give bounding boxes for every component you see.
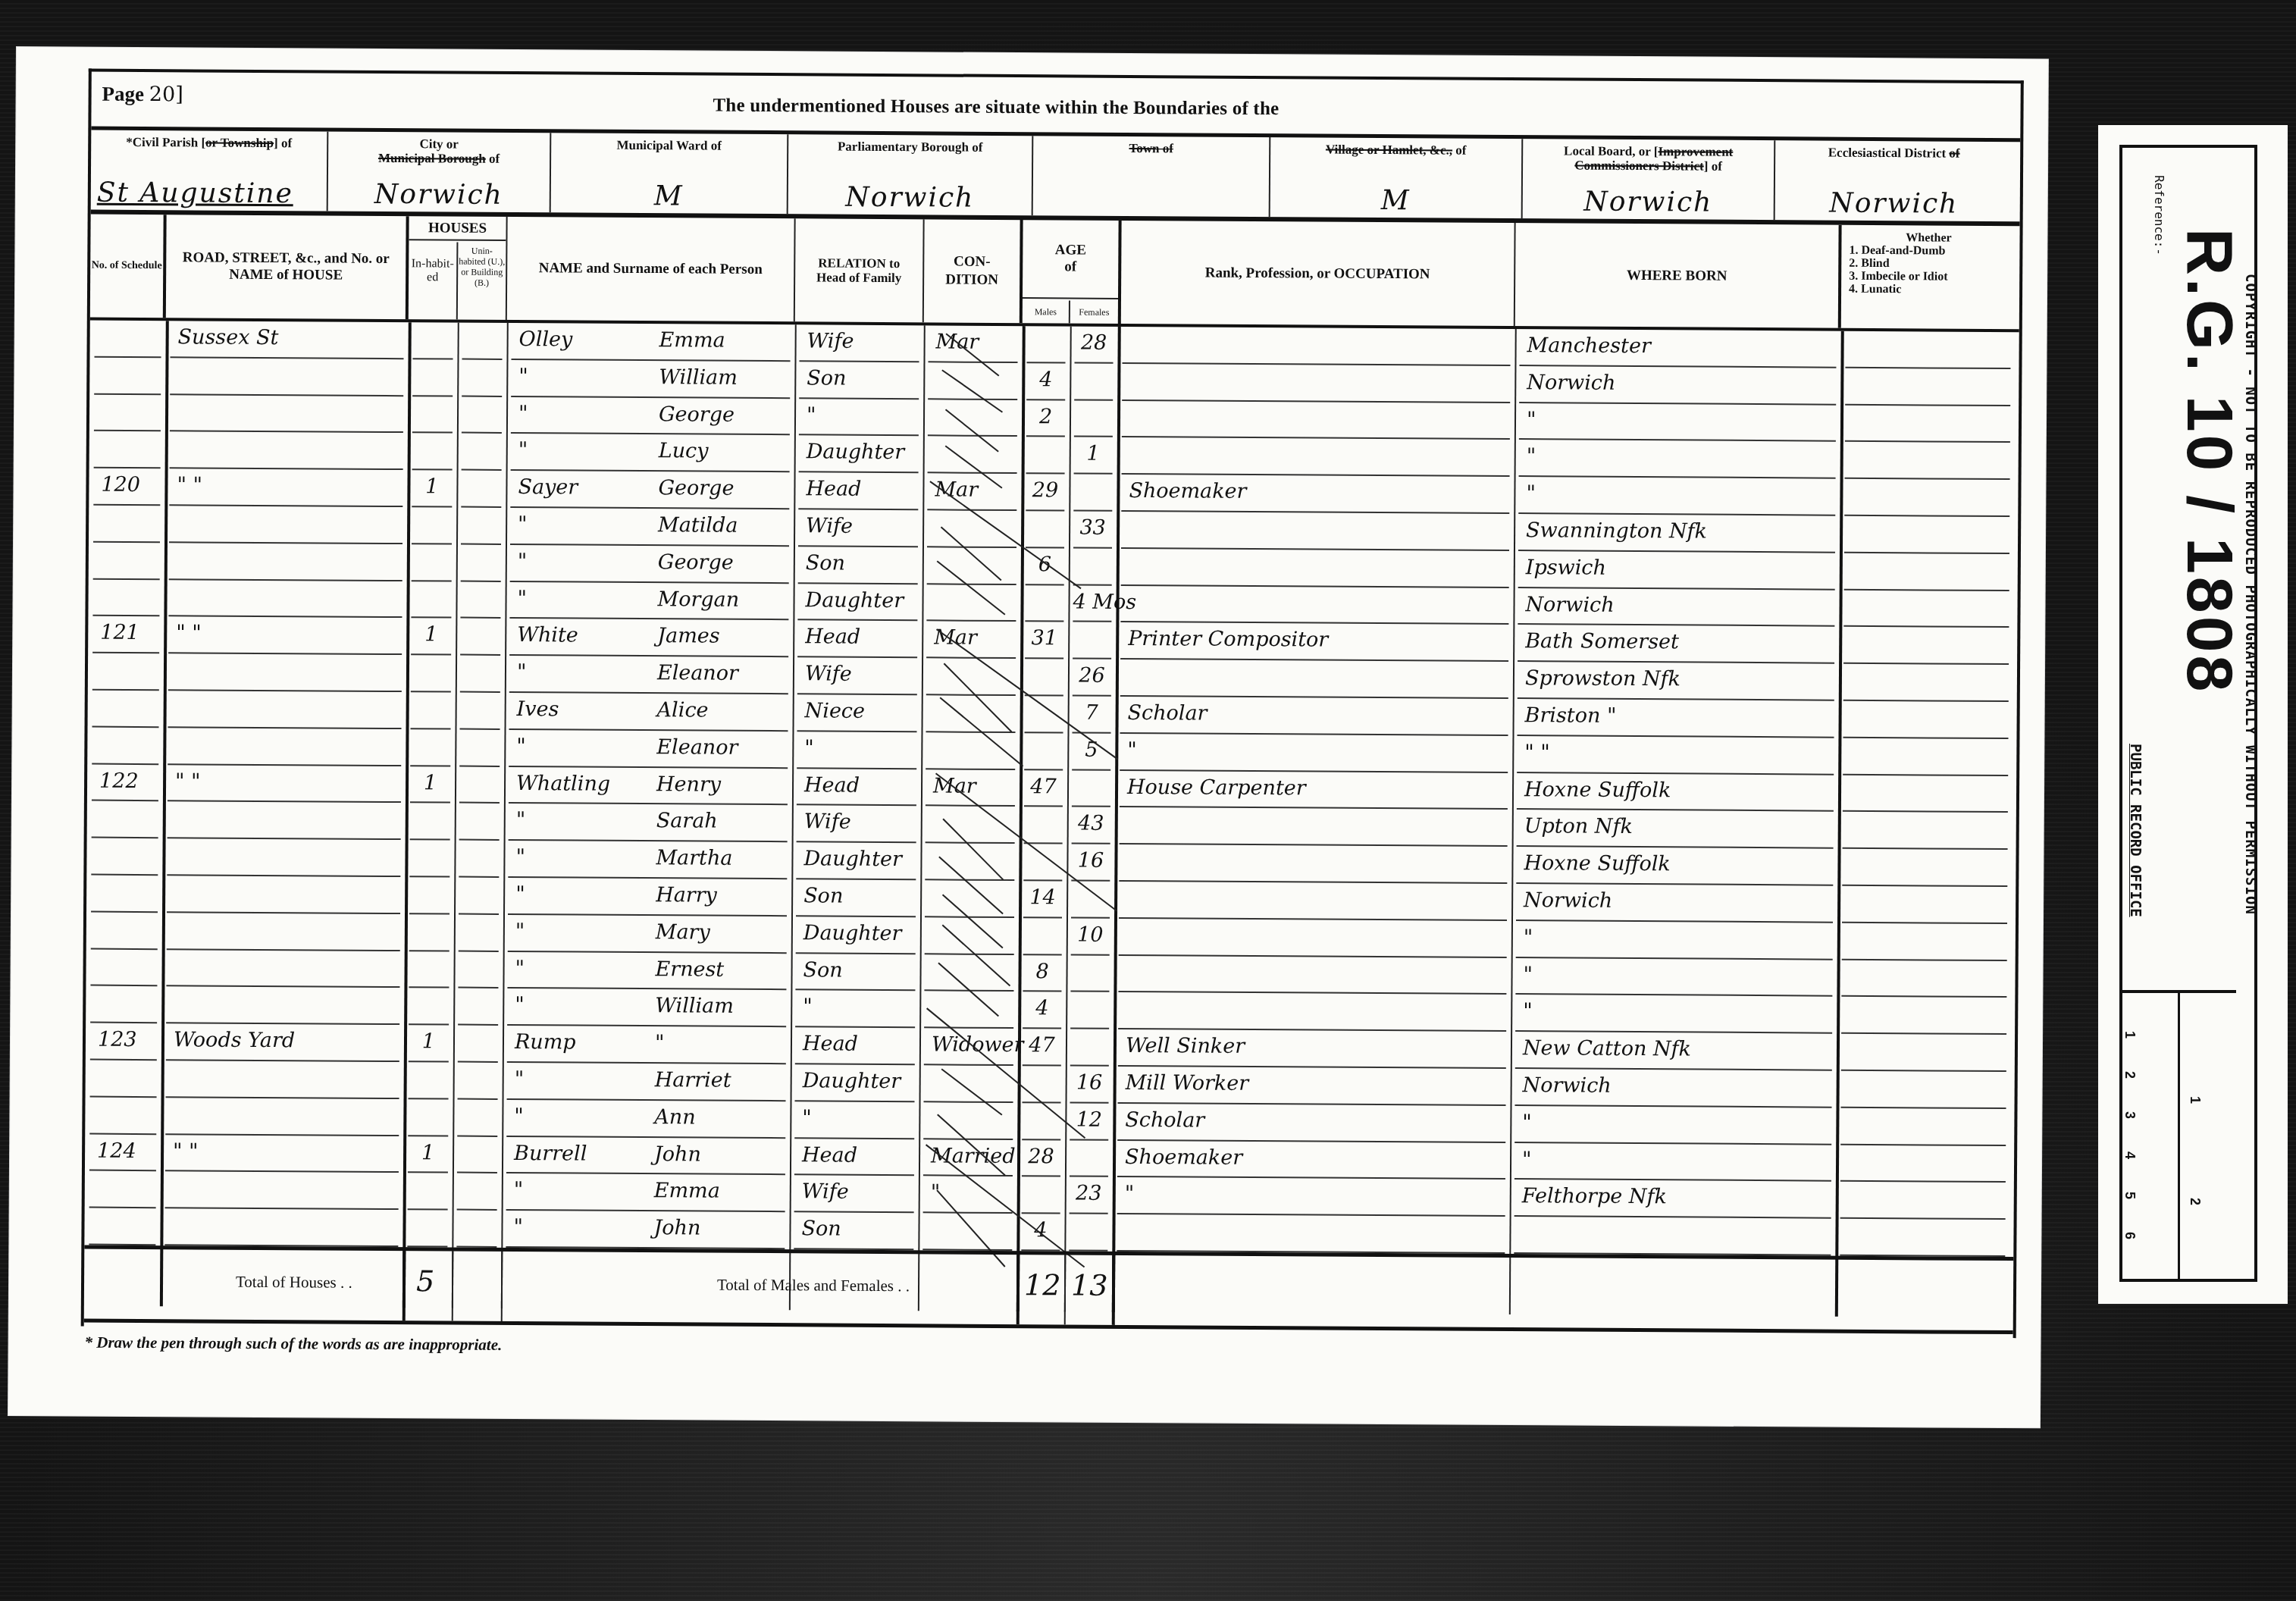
header-infirmity: Whether 1. Deaf-and-Dumb 2. Blind 3. Imb…	[1841, 225, 2016, 329]
birthplace: Norwich	[1518, 588, 1834, 627]
infirmity	[1840, 1108, 2006, 1146]
header-houses-group: HOUSES In-habit-ed Unin-habited (U.), or…	[409, 216, 508, 320]
female-age: 10	[1071, 918, 1110, 955]
infirmity	[1844, 553, 2009, 591]
male-age: 29	[1026, 474, 1064, 511]
uninhabited-count	[458, 951, 498, 988]
road-address	[168, 802, 401, 841]
schedule-number	[91, 876, 158, 913]
ruler-inches	[2178, 993, 2236, 1282]
ruler-cm-label: 4	[2122, 1151, 2138, 1159]
schedule-number: 123	[90, 1023, 157, 1061]
occupation	[1117, 1214, 1505, 1254]
surname: "	[510, 508, 641, 546]
uninhabited-count	[456, 1211, 496, 1248]
female-age: 26	[1073, 660, 1111, 697]
infirmity-option-4: 4. Lunatic	[1849, 283, 2008, 296]
occupation	[1119, 919, 1507, 958]
occupation	[1118, 992, 1506, 1032]
road-address	[170, 358, 403, 396]
relation-to-head: Head	[794, 1139, 914, 1176]
infirmity	[1840, 1145, 2006, 1183]
road-address	[166, 950, 399, 988]
birthplace: Swannington Nfk	[1518, 514, 1835, 553]
reference-tag: Reference:-	[2152, 175, 2166, 255]
road-address	[168, 580, 402, 619]
road-address: " "	[169, 468, 403, 507]
uninhabited-count	[457, 1173, 497, 1211]
relation-to-head: Son	[796, 879, 916, 917]
schedule-number	[95, 321, 161, 358]
infirmity	[1845, 405, 2010, 443]
birthplace: Sprowston Nfk	[1518, 662, 1834, 700]
inhabited-count	[410, 804, 450, 841]
surname: "	[506, 1100, 637, 1138]
occupation	[1122, 364, 1510, 403]
occupation: Scholar	[1117, 1104, 1505, 1143]
female-age	[1069, 1214, 1107, 1252]
surname: "	[510, 545, 641, 583]
birthplace: Ipswich	[1518, 551, 1835, 590]
occupation	[1121, 512, 1509, 551]
infirmity	[1845, 368, 2010, 406]
schedule-number: 122	[92, 764, 158, 801]
relation-to-head: Daughter	[796, 916, 916, 954]
boundary-value: Norwich	[1529, 186, 1768, 218]
boundary-field: Parliamentary Borough ofNorwich	[788, 134, 1034, 215]
boundary-label: Local Board, or [ImprovementCommissioner…	[1523, 143, 1774, 174]
road-address	[169, 506, 403, 544]
marital-condition	[926, 584, 1016, 622]
boundary-field: Local Board, or [ImprovementCommissioner…	[1523, 139, 1776, 220]
occupation: Scholar	[1120, 697, 1508, 736]
marital-condition	[925, 844, 1014, 882]
inhabited-count	[412, 507, 452, 544]
occupation	[1119, 882, 1507, 921]
infirmity	[1841, 1034, 2006, 1072]
surname: Sayer	[510, 471, 641, 509]
road-address	[167, 876, 400, 914]
forename: Harry	[648, 879, 787, 916]
occupation	[1119, 844, 1507, 884]
occupation: Shoemaker	[1117, 1140, 1505, 1180]
uninhabited-count	[460, 581, 500, 619]
infirmity	[1840, 1219, 2005, 1257]
male-age	[1025, 585, 1063, 622]
relation-to-head: Head	[797, 769, 916, 807]
occupation	[1122, 327, 1510, 366]
forename: Sarah	[649, 805, 788, 843]
inhabited-count	[409, 840, 449, 877]
forename: George	[650, 546, 789, 584]
header-inhabited: In-habit-ed	[409, 242, 459, 319]
boundaries-heading: The undermentioned Houses are situate wi…	[713, 96, 1279, 121]
boundary-label: Parliamentary Borough of	[788, 139, 1032, 155]
boundary-label: Municipal Ward of	[551, 137, 787, 153]
inhabited-count	[408, 1173, 448, 1211]
forename: Eleanor	[650, 656, 788, 694]
marital-condition	[928, 437, 1017, 475]
surname: "	[511, 397, 642, 435]
road-address	[170, 395, 403, 434]
birthplace: Manchester	[1519, 329, 1836, 368]
relation-to-head: Daughter	[797, 584, 917, 622]
census-page: Page 20] The undermentioned Houses are s…	[8, 47, 2048, 1427]
reference-label: COPYRIGHT - NOT TO BE REPRODUCED PHOTOGR…	[2119, 145, 2257, 1282]
inhabited-count	[411, 692, 451, 729]
infirmity	[1842, 849, 2007, 887]
relation-to-head: Wife	[799, 324, 919, 362]
surname: Rump	[507, 1026, 638, 1064]
schedule-number	[93, 506, 160, 543]
male-age: 8	[1023, 955, 1061, 992]
header-relation: RELATION to Head of Family	[795, 218, 925, 322]
relation-to-head: Son	[799, 362, 919, 399]
inhabited-count: 1	[409, 1025, 449, 1062]
birthplace: Briston "	[1517, 699, 1834, 738]
road-address: " "	[168, 765, 401, 804]
infirmity	[1840, 1071, 2006, 1109]
boundary-value: Norwich	[794, 182, 1026, 214]
male-age: 47	[1024, 770, 1063, 807]
relation-to-head: Daughter	[796, 842, 916, 880]
road-address	[167, 838, 400, 877]
schedule-number	[92, 727, 158, 764]
male-age	[1025, 659, 1063, 696]
occupation: Shoemaker	[1121, 475, 1509, 514]
forename: Emma	[647, 1174, 785, 1212]
female-age	[1074, 363, 1113, 400]
occupation: "	[1120, 734, 1508, 773]
surname: "	[508, 878, 639, 916]
male-age	[1023, 1066, 1061, 1103]
surname: Burrell	[506, 1137, 637, 1175]
male-age: 47	[1023, 1029, 1061, 1066]
surname: "	[507, 988, 638, 1026]
female-age: 33	[1073, 512, 1112, 549]
boundary-value	[1039, 214, 1263, 215]
birthplace: New Catton Nfk	[1515, 1032, 1832, 1070]
ruler-inch-label: 2	[2187, 1198, 2203, 1205]
forename: Matilda	[650, 509, 789, 547]
surname: "	[508, 915, 639, 953]
infirmity	[1841, 997, 2006, 1035]
occupation: House Carpenter	[1120, 771, 1508, 810]
infirmity	[1843, 664, 2009, 702]
surname: "	[509, 730, 640, 768]
marital-condition	[924, 1065, 1013, 1103]
surname: "	[506, 1173, 637, 1211]
surname: "	[508, 841, 639, 879]
birthplace: " "	[1517, 736, 1834, 775]
uninhabited-count	[459, 878, 499, 915]
document-reference-code: R.G. 10 / 1808	[2175, 228, 2244, 694]
schedule-number	[89, 1171, 156, 1208]
infirmity	[1845, 442, 2010, 480]
forename: Henry	[649, 768, 788, 806]
schedule-number	[92, 691, 159, 728]
uninhabited-count	[460, 619, 500, 656]
header-age-group: AGE of Males Females	[1023, 220, 1122, 324]
birthplace: "	[1515, 958, 1832, 997]
inhabited-count	[412, 322, 453, 359]
male-age	[1024, 807, 1063, 844]
birthplace: "	[1515, 995, 1832, 1033]
divider	[403, 1251, 406, 1321]
surname: "	[507, 952, 638, 990]
inhabited-count: 1	[411, 619, 451, 656]
header-uninhabited: Unin-habited (U.), or Building (B.)	[458, 243, 506, 320]
relation-to-head: Daughter	[799, 436, 919, 474]
boundary-label: Town of	[1033, 140, 1269, 156]
boundaries-row: *Civil Parish [or Township] ofSt Augusti…	[91, 130, 2021, 227]
road-address: " "	[165, 1135, 399, 1173]
forename: Emma	[651, 324, 790, 362]
schedule-number	[94, 431, 161, 468]
infirmity	[1843, 590, 2009, 628]
public-record-office-label: PUBLIC RECORD OFFICE	[2127, 744, 2144, 917]
surname: "	[509, 582, 641, 620]
infirmity	[1843, 775, 2008, 813]
male-age	[1023, 844, 1062, 881]
surname: Ives	[509, 693, 641, 731]
uninhabited-count	[458, 988, 498, 1026]
occupation	[1122, 401, 1510, 440]
female-age	[1073, 548, 1112, 585]
male-age	[1022, 1103, 1060, 1140]
header-houses: HOUSES	[409, 216, 506, 241]
relation-to-head: Son	[798, 547, 918, 584]
uninhabited-count	[461, 544, 501, 581]
birthplace	[1514, 1217, 1831, 1255]
inhabited-count	[411, 581, 451, 619]
page-label: Page	[102, 83, 145, 105]
male-age	[1026, 511, 1064, 548]
female-age	[1070, 955, 1109, 992]
uninhabited-count	[460, 656, 500, 693]
divider	[1112, 1255, 1116, 1325]
female-age: 43	[1072, 807, 1110, 844]
marital-condition	[926, 807, 1015, 844]
uninhabited-count	[458, 1063, 498, 1100]
occupation	[1120, 586, 1508, 625]
birthplace: "	[1518, 477, 1835, 515]
male-age	[1024, 733, 1063, 770]
uninhabited-count	[462, 359, 502, 396]
inhabited-count	[407, 1210, 447, 1247]
marital-condition	[926, 732, 1015, 770]
schedule-number: 120	[93, 468, 160, 506]
female-age	[1070, 992, 1109, 1029]
surname: White	[509, 619, 641, 656]
forename: James	[650, 620, 788, 658]
female-age: 16	[1070, 1067, 1109, 1104]
occupation	[1120, 807, 1508, 847]
total-females-value: 13	[1071, 1269, 1108, 1302]
forename: George	[650, 472, 789, 509]
uninhabited-count	[459, 914, 499, 951]
total-houses-value: 5	[416, 1264, 434, 1298]
schedule-number: 124	[89, 1134, 156, 1171]
page-number: Page 20]	[102, 83, 183, 107]
page-number-value: 20]	[149, 83, 183, 106]
relation-to-head: Head	[795, 1027, 915, 1065]
measurement-ruler: 1 2 1 2 3 4 5 6	[2119, 990, 2236, 1282]
header-males: Males	[1023, 300, 1070, 323]
birthplace: Norwich	[1516, 884, 1833, 923]
inhabited-count: 1	[410, 766, 450, 804]
relation-to-head: "	[799, 399, 919, 437]
road-address: Woods Yard	[166, 1023, 399, 1062]
relation-to-head: Son	[795, 954, 915, 992]
header-road: ROAD, STREET, &c., and No. or NAME of HO…	[166, 215, 409, 319]
surname: "	[511, 434, 642, 472]
header-females: Females	[1070, 300, 1118, 323]
infirmity	[1843, 738, 2008, 776]
infirmity-option-2: 2. Blind	[1849, 257, 2008, 271]
schedule-number	[90, 1061, 157, 1098]
road-address	[165, 1098, 399, 1136]
boundary-value: St Augustine	[97, 178, 321, 210]
column-headers: No. of Schedule ROAD, STREET, &c., and N…	[90, 215, 2020, 333]
inhabited-count	[409, 1062, 449, 1099]
forename: George	[651, 398, 790, 436]
marital-condition: Mar	[927, 474, 1016, 512]
uninhabited-count	[462, 323, 502, 360]
marital-condition	[926, 695, 1015, 733]
road-address	[166, 987, 399, 1026]
schedule-number	[92, 801, 158, 838]
male-age	[1026, 437, 1065, 475]
relation-to-head: Daughter	[795, 1064, 915, 1102]
boundary-label: City orMunicipal Borough of	[328, 136, 550, 167]
inhabited-count	[412, 434, 453, 471]
infirmity	[1845, 331, 2010, 369]
road-address	[170, 432, 403, 471]
male-age	[1022, 1177, 1060, 1214]
female-age	[1073, 622, 1111, 660]
birthplace: Norwich	[1515, 1069, 1832, 1108]
female-age: 4 Mos	[1073, 585, 1111, 622]
boundary-field: Town of	[1033, 136, 1271, 217]
forename: William	[647, 989, 786, 1027]
inhabited-count	[412, 396, 453, 434]
footnote: * Draw the pen through such of the words…	[84, 1333, 502, 1355]
forename: Harriet	[647, 1064, 786, 1101]
male-age: 14	[1023, 881, 1062, 918]
boundary-field: Village or Hamlet, &c., ofM	[1270, 137, 1524, 218]
road-address	[165, 1172, 399, 1211]
surname: "	[506, 1211, 637, 1249]
infirmity-option-1: 1. Deaf-and-Dumb	[1849, 244, 2008, 258]
surname: "	[507, 1063, 638, 1101]
schedule-number	[89, 1097, 156, 1134]
forename: Mary	[648, 916, 787, 954]
schedule-number: 121	[92, 616, 159, 653]
relation-to-head: Wife	[797, 657, 917, 695]
uninhabited-count	[458, 1026, 498, 1063]
boundary-field: Ecclesiastical District ofNorwich	[1775, 140, 2013, 221]
birthplace: Upton Nfk	[1517, 810, 1834, 848]
infirmity	[1844, 479, 2009, 517]
male-age: 2	[1026, 400, 1065, 437]
marital-condition: "	[923, 1176, 1013, 1214]
uninhabited-count	[459, 729, 500, 766]
male-age	[1023, 918, 1062, 955]
marital-condition	[928, 362, 1017, 400]
female-age: 16	[1071, 844, 1110, 882]
uninhabited-count	[462, 396, 502, 434]
divider	[452, 1252, 454, 1321]
inhabited-count	[408, 1099, 448, 1136]
schedule-number	[91, 838, 158, 876]
occupation	[1122, 437, 1510, 477]
road-address: Sussex St	[170, 321, 403, 359]
inhabited-count	[412, 359, 453, 396]
relation-to-head: Wife	[794, 1176, 914, 1214]
total-persons-label: Total of Males and Females . .	[717, 1276, 910, 1296]
schedule-number	[89, 1208, 155, 1245]
female-age	[1073, 475, 1112, 512]
road-address	[167, 913, 400, 951]
forename: Morgan	[650, 583, 788, 621]
relation-to-head: "	[794, 1101, 914, 1139]
inhabited-count	[409, 951, 449, 988]
occupation: Printer Compositor	[1120, 622, 1508, 662]
uninhabited-count	[457, 1136, 497, 1173]
marital-condition	[923, 1102, 1013, 1140]
infirmity	[1841, 960, 2006, 998]
inhabited-count	[409, 988, 449, 1026]
forename: William	[651, 361, 790, 399]
uninhabited-count	[461, 508, 501, 545]
birthplace: Bath Somerset	[1518, 625, 1834, 664]
totals-row: Total of Houses . . 5 Total of Males and…	[84, 1245, 2014, 1335]
boundary-label: *Civil Parish [or Township] of	[91, 135, 327, 151]
infirmity	[1843, 701, 2008, 739]
inhabited-count	[409, 914, 449, 951]
male-age: 4	[1026, 363, 1065, 400]
header-occupation: Rank, Profession, or OCCUPATION	[1121, 221, 1516, 326]
forename: Alice	[650, 694, 788, 732]
uninhabited-count	[461, 471, 501, 508]
forename: John	[647, 1138, 785, 1176]
road-address	[168, 728, 401, 766]
birthplace: Hoxne Suffolk	[1517, 773, 1834, 812]
surname: "	[509, 804, 640, 841]
occupation: "	[1117, 1177, 1505, 1217]
female-age: 28	[1074, 327, 1113, 364]
ruler-cm-label: 2	[2122, 1071, 2138, 1079]
birthplace: "	[1519, 403, 1836, 442]
surname: Olley	[511, 323, 642, 361]
infirmity	[1844, 516, 2009, 554]
inhabited-count	[410, 729, 450, 766]
boundary-value: M	[1276, 185, 1515, 217]
female-age: 7	[1072, 697, 1110, 734]
female-age	[1070, 1029, 1109, 1067]
relation-to-head: Niece	[797, 694, 917, 732]
ruler-inch-label: 1	[2187, 1096, 2203, 1104]
infirmity	[1843, 812, 2008, 850]
total-houses-label: Total of Houses . .	[236, 1273, 352, 1292]
relation-to-head: Wife	[797, 806, 916, 844]
infirmity-title: Whether	[1849, 231, 2008, 245]
inhabited-count	[411, 655, 451, 692]
infirmity	[1840, 1182, 2006, 1220]
schedule-number	[94, 394, 161, 431]
divider	[1064, 1255, 1067, 1324]
